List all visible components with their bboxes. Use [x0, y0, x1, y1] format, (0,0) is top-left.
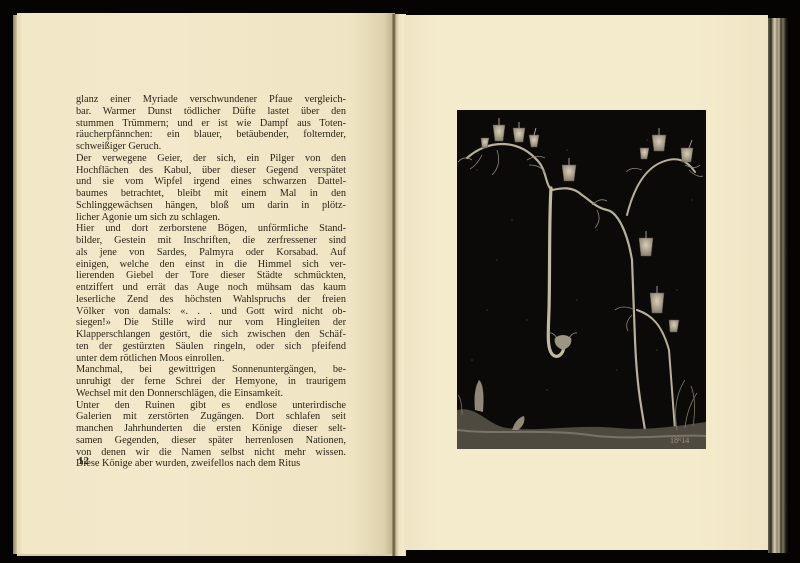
- text-line: Hier und dort zerborstene Bögen, unförml…: [76, 223, 346, 235]
- text-line: schweißiger Geruch.: [76, 141, 346, 153]
- star-specks: [471, 139, 693, 391]
- text-line: Hochflächen des Kabul, über dieser Gegen…: [76, 165, 346, 177]
- left-plant-stems: [467, 144, 645, 430]
- small-bug-plant: [512, 416, 524, 430]
- text-line: und sie vom Wipfel irgend eines schwarze…: [76, 176, 346, 188]
- text-line: einigen, welche den einst in die Himmel …: [76, 259, 346, 271]
- body-text: glanz einer Myriade verschwundener Pfaue…: [76, 94, 346, 470]
- text-line: bar. Warmer Dunst tödlicher Düfte lastet…: [76, 106, 346, 118]
- text-line: samen Gegenden, dieser später herrenlose…: [76, 435, 346, 447]
- text-line: unter dem rötlichen Moos einrollen.: [76, 353, 346, 365]
- text-line: Diese Könige aber wurden, zweifellos nac…: [76, 458, 346, 470]
- text-line: Völker von damals: «. . . und Gott wird …: [76, 306, 346, 318]
- text-line: Galerien mit zerstörten Zugängen. Dort s…: [76, 411, 346, 423]
- artist-monogram: 18ᴿ14: [670, 436, 689, 445]
- text-line: entziffert und errät das Auge noch mühsa…: [76, 282, 346, 294]
- grass-tufts: [458, 380, 697, 430]
- text-line: Unter den Ruinen gibt es endlose unterir…: [76, 400, 346, 412]
- illustration-plate: 18ᴿ14: [457, 110, 706, 449]
- hanging-serpent: [548, 188, 563, 356]
- lantern-plants-serpent-illustration: 18ᴿ14: [457, 110, 706, 449]
- text-line: Der verwegene Geier, der sich, ein Pilge…: [76, 153, 346, 165]
- small-cactus-left: [475, 380, 484, 412]
- text-line: leserliche Zend des höchsten Wahlspruchs…: [76, 294, 346, 306]
- text-line: glanz einer Myriade verschwundener Pfaue…: [76, 94, 346, 106]
- text-line: manchen Jahrhunderten die ersten Könige …: [76, 423, 346, 435]
- text-line: licher Agonie um sich zu schlagen.: [76, 212, 346, 224]
- serpent-head: [555, 335, 572, 350]
- text-line: siegen!» Die Stille wird nur vom Hinglei…: [76, 317, 346, 329]
- text-line: Klapperschlangen gestört, die sich zwisc…: [76, 329, 346, 341]
- text-line: als jene von Sardes, Palmyra oder Korsab…: [76, 247, 346, 259]
- text-line: räucherpfännchen: ein blauer, betäubende…: [76, 129, 346, 141]
- text-line: Schlinggewächsen hängen, bloß um darin i…: [76, 200, 346, 212]
- page-edge-stack-left: [13, 15, 17, 554]
- text-line: ten der gestürzten Säulen ringeln, oder …: [76, 341, 346, 353]
- text-line: Manchmal, bei gewittrigen Sonnenuntergän…: [76, 364, 346, 376]
- text-line: von denen wir die Namen selbst nicht meh…: [76, 447, 346, 459]
- page-number: 12: [78, 455, 89, 467]
- text-line: stummen Trümmern; und er ist wie Dampf a…: [76, 118, 346, 130]
- ground: [457, 409, 706, 449]
- lantern-flowers: [481, 125, 693, 332]
- text-line: lierenden Giebel der Tore dieser Städte …: [76, 270, 346, 282]
- page-edge-stack-right: [768, 18, 788, 553]
- open-book: glanz einer Myriade verschwundener Pfaue…: [0, 0, 800, 563]
- plant-tendrils: [458, 150, 703, 331]
- text-line: Wechsel mit den Donnerschlägen, die Eins…: [76, 388, 346, 400]
- text-line: bilder, Gestein mit Inschriften, die zer…: [76, 235, 346, 247]
- text-line: baumes betrachtet, bleibt mit einem Mal …: [76, 188, 346, 200]
- text-line: unruhigt der ferne Schrei der Hemyone, i…: [76, 376, 346, 388]
